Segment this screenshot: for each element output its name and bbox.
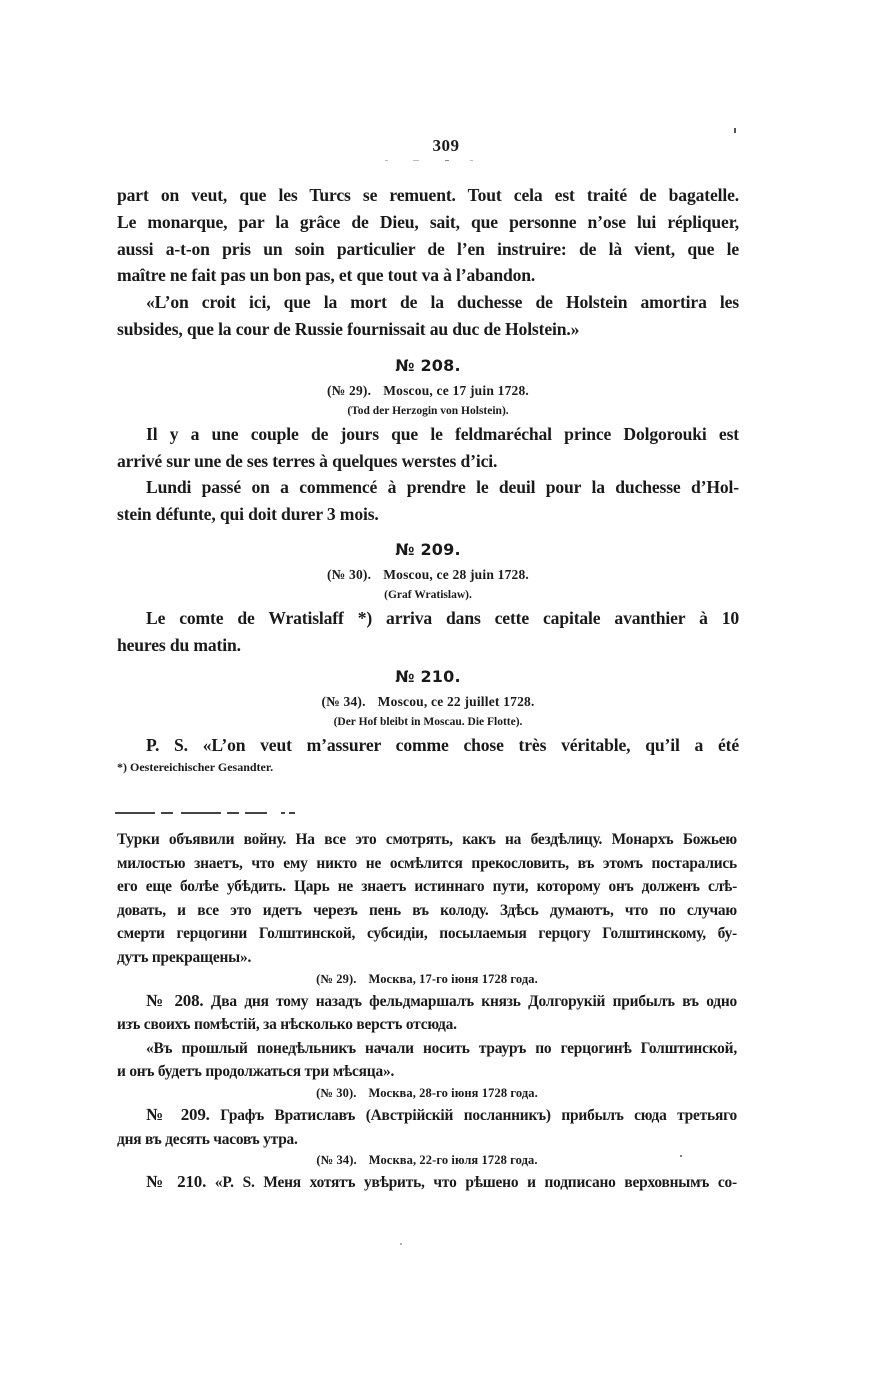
text-line: его еще болѣе убѣдить. Царь не знаетъ ис… [117,875,737,899]
text-line: Le comte de Wratislaff *) arriva dans ce… [146,605,739,632]
text-line: Il y a une couple de jours que le feldma… [146,421,739,448]
document-date: (№ 29).Moscou, ce 17 juin 1728. [117,383,739,399]
russian-entry-ref: (№ 30). [316,1086,356,1100]
document-210: № 210. (№ 34).Moscou, ce 22 juillet 1728… [117,667,739,759]
russian-entry-date: (№ 30).Москва, 28-го іюня 1728 года. [117,1086,737,1101]
russian-entry-208: (№ 29).Москва, 17-го іюня 1728 года. № 2… [117,972,737,1084]
russian-entry-ref: (№ 34). [316,1153,356,1167]
document-paragraph: Lundi passé on a commencé à prendre le d… [117,474,739,528]
text-run: «P. S. Меня хотятъ увѣрить, что рѣшено и… [215,1174,737,1191]
text-line: изъ своихъ помѣстій, за нѣсколько верстъ… [117,1013,737,1037]
page-number-underline-dots [385,160,475,162]
russian-entry-date-text: Москва, 17-го іюня 1728 года. [368,972,537,986]
book-page: 309 part on veut, que les Turcs se remue… [0,0,882,1393]
text-line: aussi a-t-on pris un soin particulier de… [117,236,739,263]
russian-entry-date: (№ 29).Москва, 17-го іюня 1728 года. [117,972,737,987]
document-subject: (Tod der Herzogin von Holstein). [117,405,739,417]
russian-entry-date-text: Москва, 22-го іюля 1728 года. [369,1153,538,1167]
text-line: смерти герцогини Голштинской, субсидіи, … [117,922,737,946]
text-line: милостью знаетъ, что ему никто не осмѣли… [117,852,737,876]
text-line: maître ne fait pas un bon pas, et que to… [117,262,739,289]
text-line: № 209. Графъ Вратиславъ (Австрійскій пос… [146,1103,737,1128]
russian-entry-paragraph: № 209. Графъ Вратиславъ (Австрійскій пос… [117,1103,737,1151]
document-ref: (№ 30). [327,567,371,582]
document-208: № 208. (№ 29).Moscou, ce 17 juin 1728. (… [117,356,739,528]
russian-entry-210: (№ 34).Москва, 22-го іюля 1728 года. № 2… [117,1153,737,1195]
document-date: (№ 34).Moscou, ce 22 juillet 1728. [117,694,739,710]
footnote: *) Oestereichischer Gesandter. [117,760,739,775]
russian-entry-paragraph: № 210. «P. S. Меня хотятъ увѣрить, что р… [117,1170,737,1195]
text-line: дня въ десять часовъ утра. [117,1128,737,1152]
document-date-text: Moscou, ce 17 juin 1728. [383,383,529,398]
text-line: и онъ будетъ продолжаться три мѣсяца». [117,1060,737,1084]
document-ref: (№ 29). [327,383,371,398]
russian-entry-date-text: Москва, 28-го іюня 1728 года. [368,1086,537,1100]
text-line: дутъ прекращены». [117,946,737,970]
text-line: Lundi passé on a commencé à prendre le d… [146,474,739,501]
text-line: «L’on croit ici, que la mort de la duche… [146,289,739,316]
french-quote-paragraph: «L’on croit ici, que la mort de la duche… [117,289,739,343]
document-date: (№ 30).Moscou, ce 28 juin 1728. [117,567,739,583]
document-ref: (№ 34). [321,694,365,709]
text-line: довать, и все это идетъ черезъ пень въ к… [117,899,737,923]
french-continuation-paragraph: part on veut, que les Turcs se remuent. … [117,182,739,289]
document-heading: № 209. [117,540,739,559]
section-separator-rule [115,812,295,815]
russian-entry-paragraph: № 208. Два дня тому назадъ фельдмаршалъ … [117,989,737,1037]
document-date-text: Moscou, ce 28 juin 1728. [383,567,529,582]
text-line: subsides, que la cour de Russie fourniss… [117,316,739,343]
document-209: № 209. (№ 30).Moscou, ce 28 juin 1728. (… [117,540,739,659]
scan-speck [400,1243,402,1245]
text-line: arrivé sur une de ses terres à quelques … [117,448,739,475]
russian-translation: Турки объявили войну. На все это смотрят… [117,828,737,1195]
text-line: № 210. «P. S. Меня хотятъ увѣрить, что р… [146,1170,737,1195]
document-paragraph: Il y a une couple de jours que le feldma… [117,421,739,475]
text-line: «Въ прошлый понедѣльникъ начали носить т… [146,1037,737,1061]
russian-entry-paragraph: «Въ прошлый понедѣльникъ начали носить т… [117,1037,737,1084]
scan-speck [680,1155,682,1157]
french-text: part on veut, que les Turcs se remuent. … [117,182,739,775]
entry-number: № 208. [146,991,203,1010]
page-number: 309 [0,136,882,156]
document-paragraph: Le comte de Wratislaff *) arriva dans ce… [117,605,739,659]
scan-mark [734,128,736,133]
text-run: Два дня тому назадъ фельдмаршалъ князь Д… [211,993,737,1010]
text-line: Турки объявили войну. На все это смотрят… [117,828,737,852]
text-line: P. S. «L’on veut m’assurer comme chose t… [146,732,739,759]
russian-entry-ref: (№ 29). [316,972,356,986]
text-line: heures du matin. [117,632,739,659]
russian-entry-209: (№ 30).Москва, 28-го іюня 1728 года. № 2… [117,1086,737,1151]
document-date-text: Moscou, ce 22 juillet 1728. [378,694,535,709]
document-heading: № 208. [117,356,739,375]
text-line: part on veut, que les Turcs se remuent. … [117,182,739,209]
document-subject: (Der Hof bleibt in Moscau. Die Flotte). [117,716,739,728]
text-line: Le monarque, par la grâce de Dieu, sait,… [117,209,739,236]
text-line: № 208. Два дня тому назадъ фельдмаршалъ … [146,989,737,1014]
entry-number: № 210. [146,1172,206,1191]
text-run: Графъ Вратиславъ (Австрійскій посланникъ… [220,1107,737,1124]
russian-entry-date: (№ 34).Москва, 22-го іюля 1728 года. [117,1153,737,1168]
russian-continuation-paragraph: Турки объявили войну. На все это смотрят… [117,828,737,970]
document-heading: № 210. [117,667,739,686]
text-line: stein défunte, qui doit durer 3 mois. [117,501,739,528]
document-paragraph: P. S. «L’on veut m’assurer comme chose t… [117,732,739,759]
document-subject: (Graf Wratislaw). [117,589,739,601]
entry-number: № 209. [146,1105,210,1124]
